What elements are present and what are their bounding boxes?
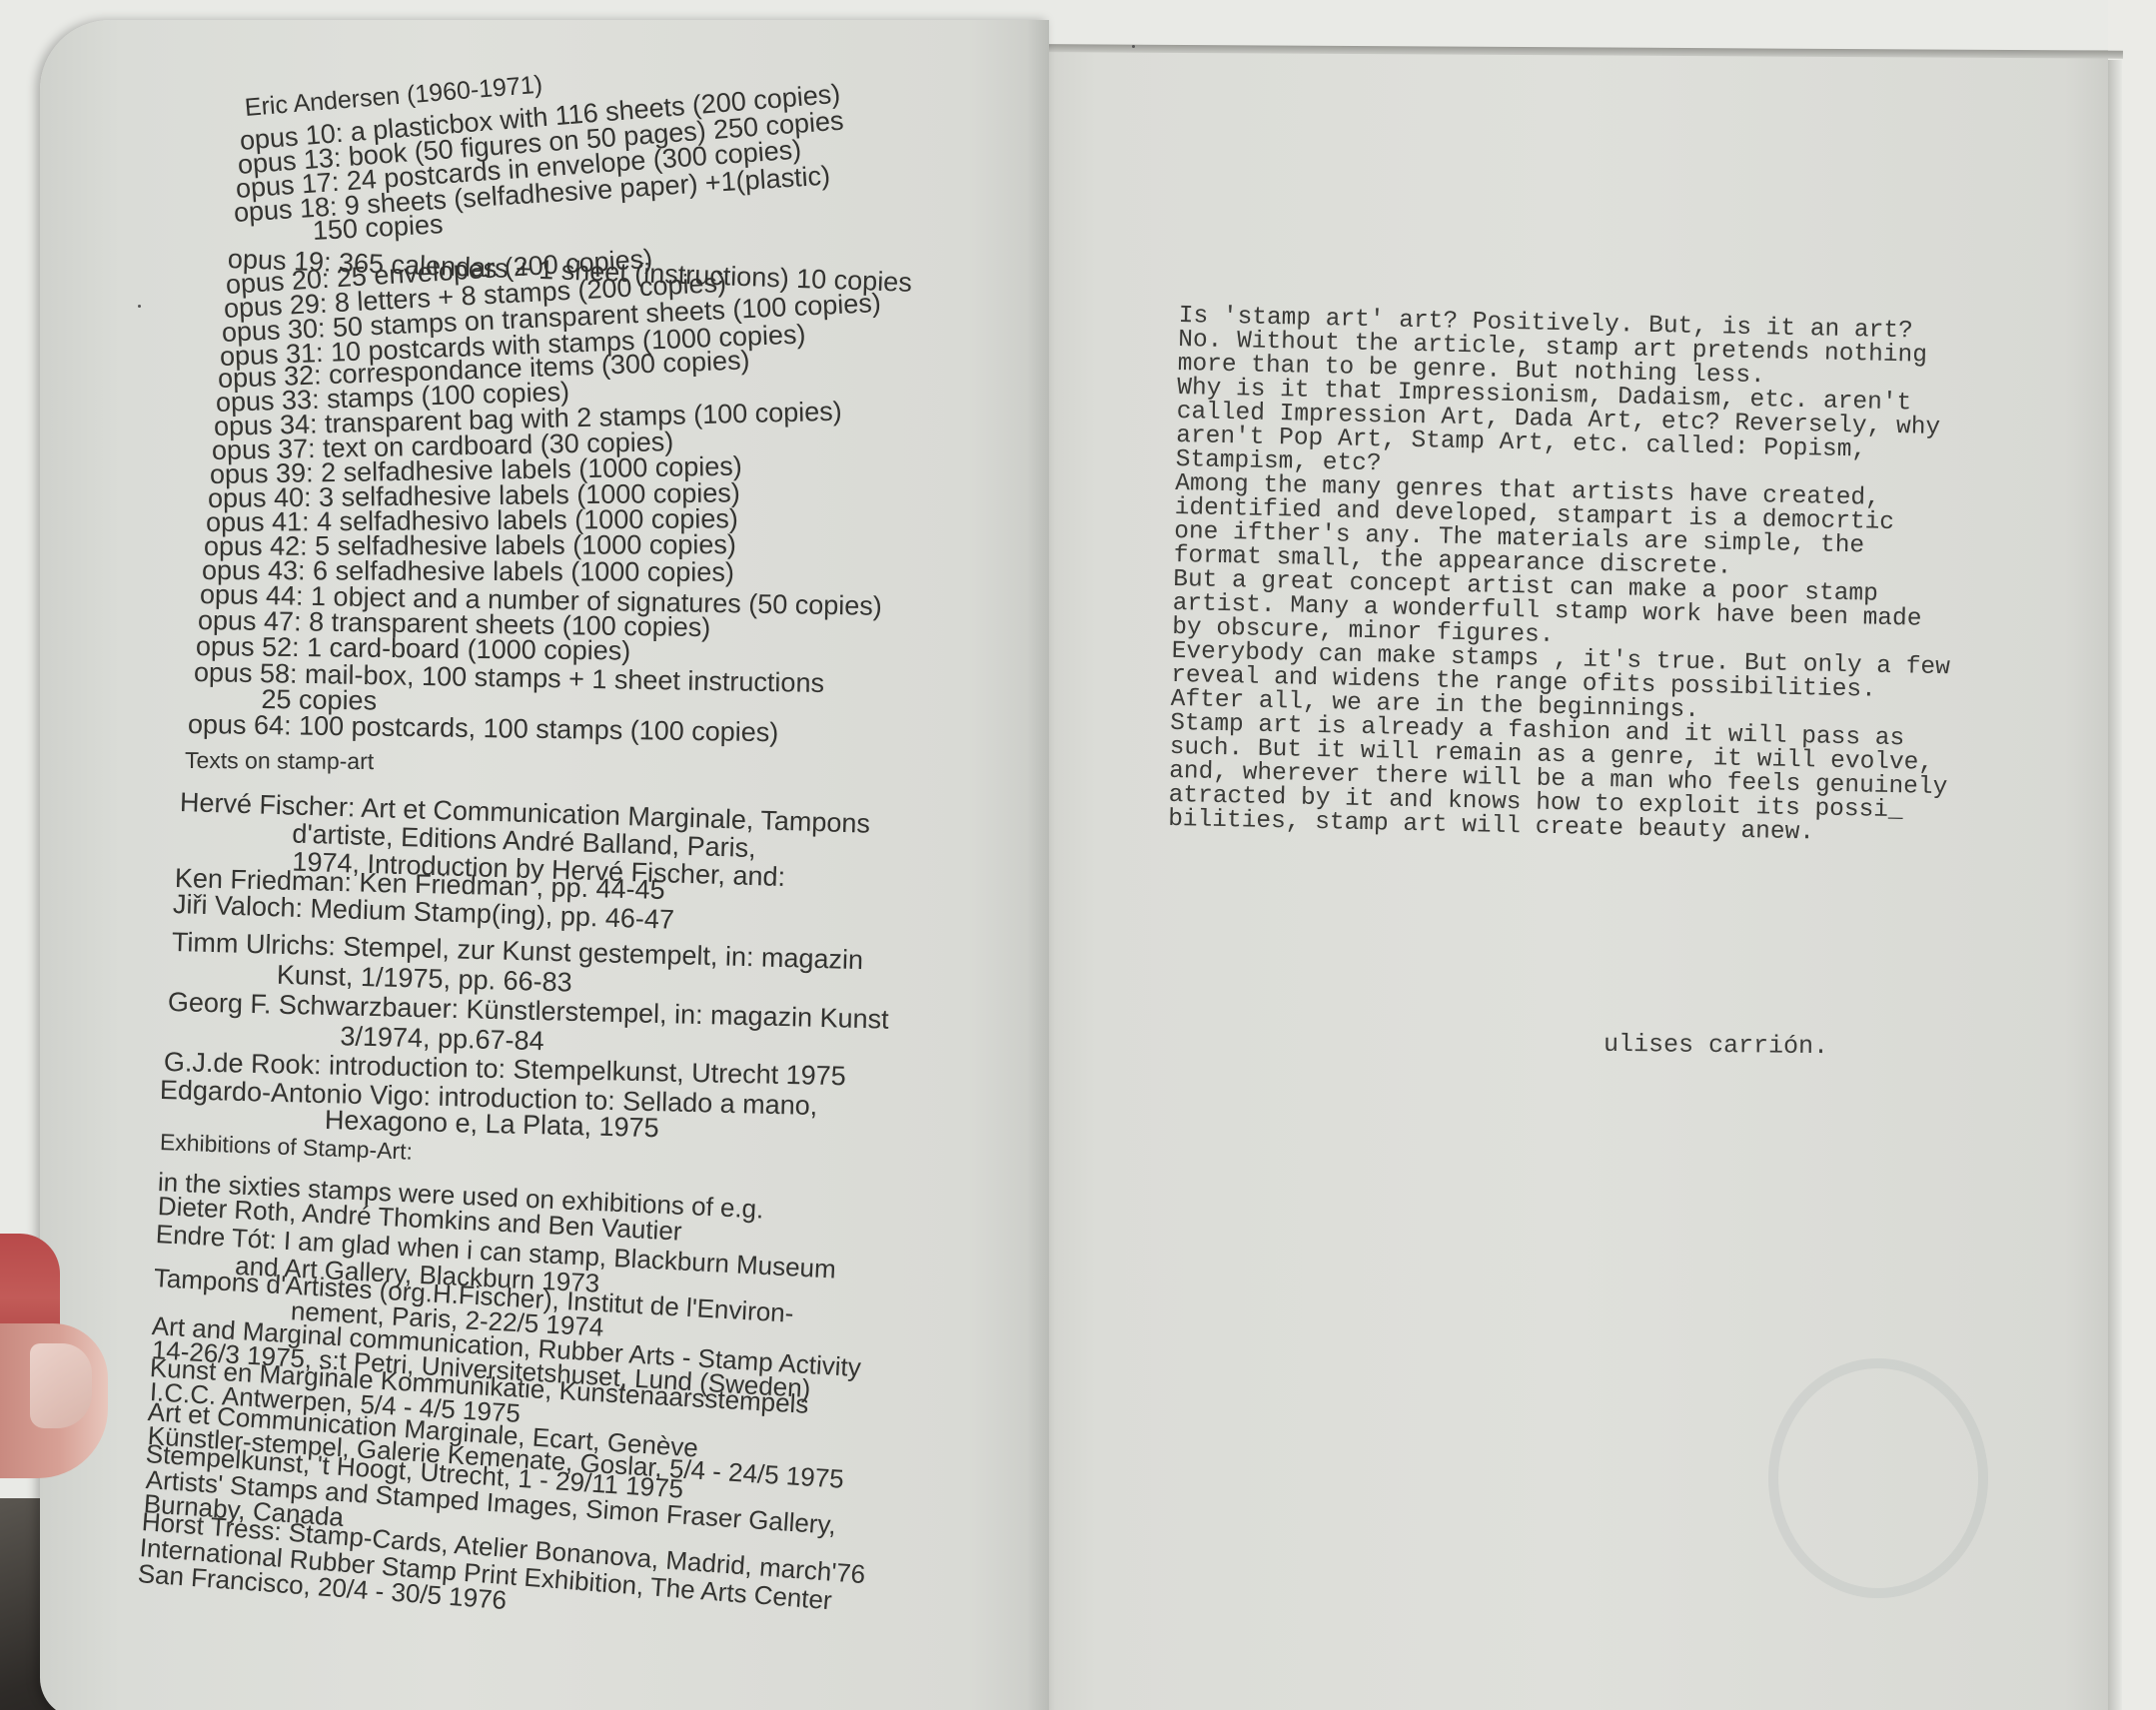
- author-signature: ulises carrión.: [1604, 1030, 1828, 1061]
- paper-speck: [138, 305, 141, 308]
- paper-speck: [1132, 45, 1135, 48]
- opus-list-item: opus 64: 100 postcards, 100 stamps (100 …: [188, 711, 779, 745]
- essay-text: Is 'stamp art' art? Positively. But, is …: [1168, 305, 1957, 848]
- show-through-stamp-mark: [1768, 1358, 1988, 1598]
- right-page-outer-edge: [2108, 60, 2122, 1710]
- section-heading-texts: Texts on stamp-art: [185, 747, 374, 774]
- thumbnail-nail: [30, 1343, 92, 1428]
- page-gutter-shadow: [1027, 20, 1049, 1710]
